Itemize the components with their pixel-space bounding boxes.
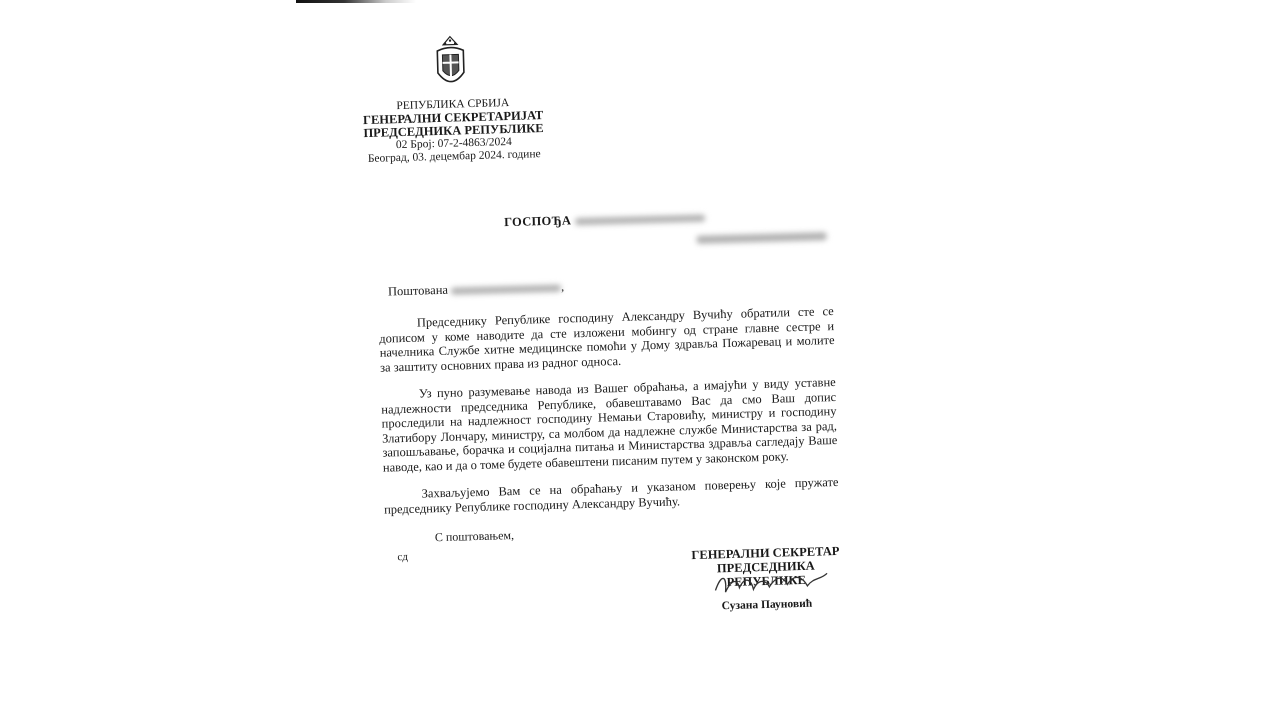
scan-edge-bar bbox=[296, 0, 416, 3]
recipient-title: ГОСПОЂА bbox=[504, 213, 571, 229]
letter-body: Председнику Републике господину Александ… bbox=[379, 304, 840, 530]
recipient-line: ГОСПОЂА bbox=[504, 210, 705, 231]
initials: сд bbox=[397, 551, 408, 563]
redacted-salutation-name bbox=[451, 284, 561, 294]
paragraph-1: Председнику Републике господину Александ… bbox=[379, 304, 835, 375]
redacted-address bbox=[697, 232, 827, 244]
redacted-name bbox=[575, 214, 705, 225]
letterhead: РЕПУБЛИКА СРБИЈА ГЕНЕРАЛНИ СЕКРЕТАРИЈАТ … bbox=[353, 96, 555, 167]
serbian-coat-of-arms-icon bbox=[433, 34, 469, 93]
paragraph-2: Уз пуно разумевање навода из Вашег обраћ… bbox=[381, 375, 838, 475]
letter-page: РЕПУБЛИКА СРБИЈА ГЕНЕРАЛНИ СЕКРЕТАРИЈАТ … bbox=[351, 13, 890, 707]
salutation: Поштована , bbox=[388, 280, 565, 300]
handwritten-signature bbox=[711, 567, 832, 598]
paragraph-3: Захваљујемо Вам се на обраћању и указано… bbox=[383, 475, 839, 517]
salutation-text: Поштована bbox=[388, 283, 448, 299]
signatory-name: Сузана Пауновић bbox=[677, 595, 857, 614]
closing: С поштовањем, bbox=[435, 528, 515, 545]
